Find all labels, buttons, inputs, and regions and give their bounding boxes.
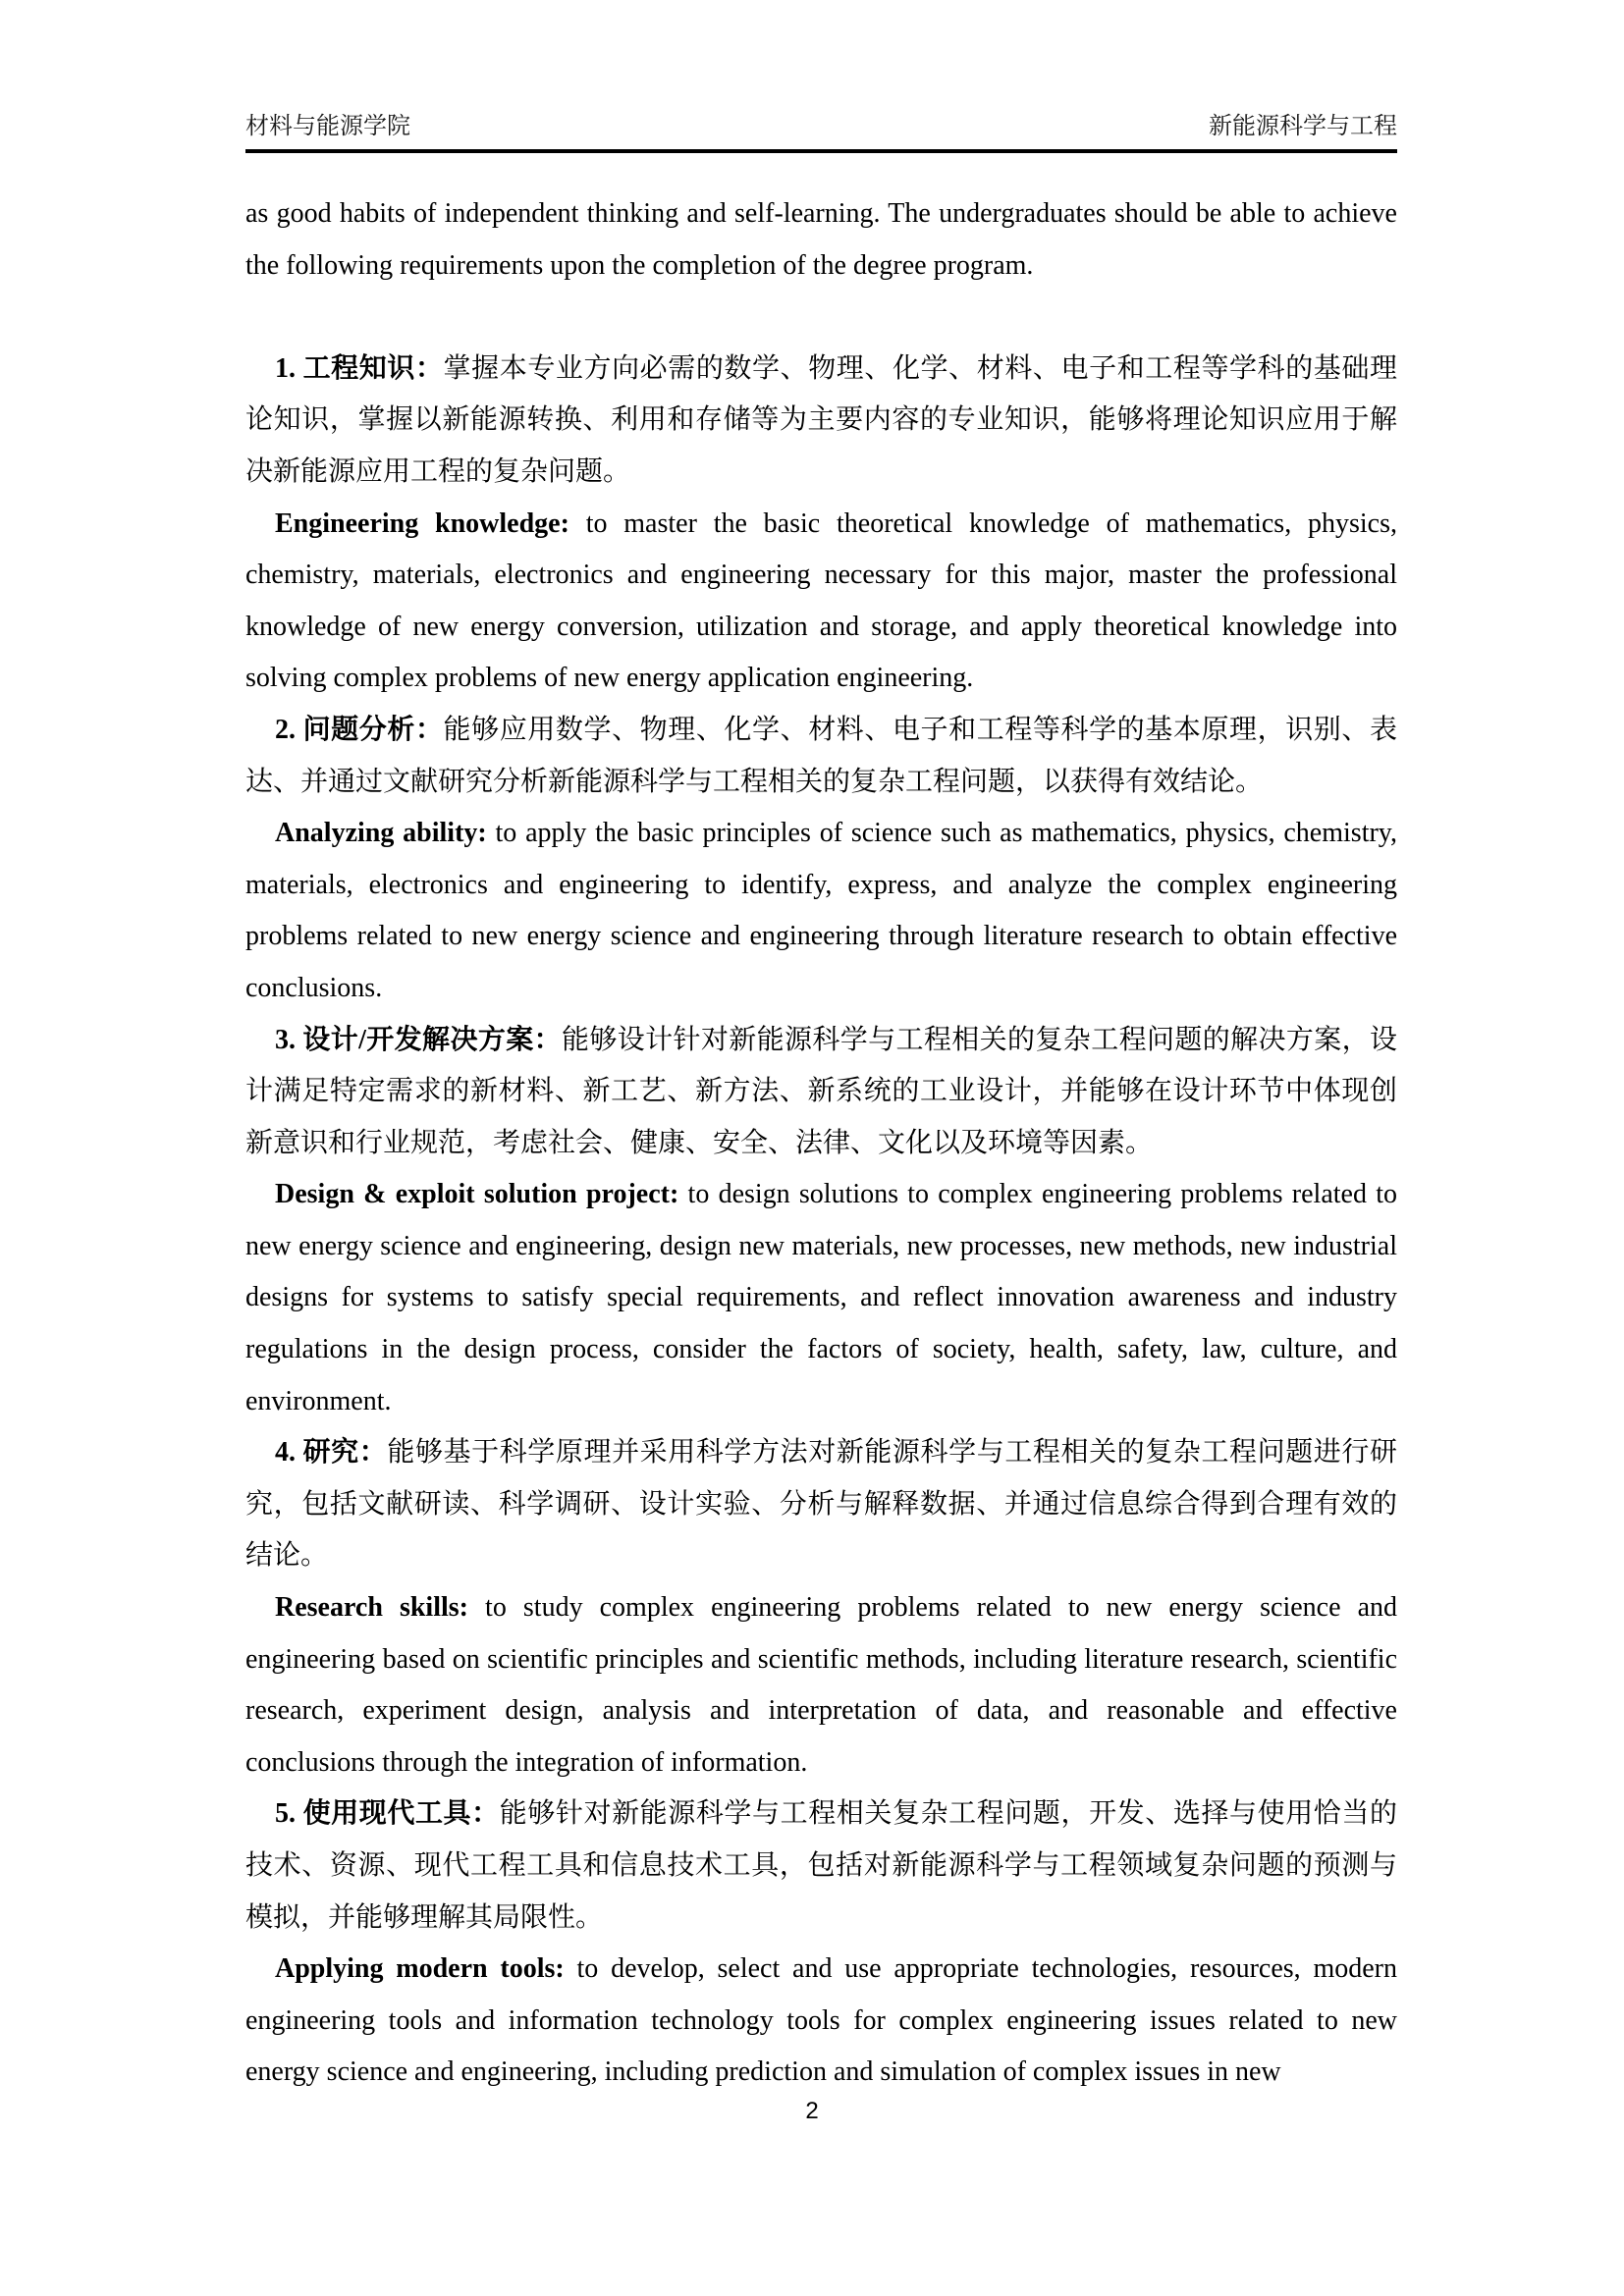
item-4-en-paragraph: Research skills: to study complex engine… xyxy=(245,1582,1397,1789)
page-number: 2 xyxy=(0,2097,1624,2126)
item-5-en-paragraph: Applying modern tools: to develop, selec… xyxy=(245,1944,1397,2099)
item-3-en-lead: Design & exploit solution project: xyxy=(275,1179,678,1209)
header-left-title: 材料与能源学院 xyxy=(245,110,410,143)
intro-paragraph: as good habits of independent thinking a… xyxy=(245,188,1397,292)
item-3-en-paragraph: Design & exploit solution project: to de… xyxy=(245,1169,1397,1427)
item-2-zh-lead: 2. 问题分析： xyxy=(275,715,444,745)
item-5-zh-paragraph: 5. 使用现代工具：能够针对新能源科学与工程相关复杂工程问题，开发、选择与使用恰… xyxy=(245,1789,1397,1944)
item-5-en-lead: Applying modern tools: xyxy=(275,1953,565,1984)
item-2-en-lead: Analyzing ability: xyxy=(275,818,487,848)
item-3-en-text: to design solutions to complex engineeri… xyxy=(245,1179,1397,1415)
item-2-zh-paragraph: 2. 问题分析：能够应用数学、物理、化学、材料、电子和工程等科学的基本原理，识别… xyxy=(245,705,1397,808)
item-1-zh-lead: 1. 工程知识： xyxy=(275,353,444,384)
document-page: 材料与能源学院 新能源科学与工程 as good habits of indep… xyxy=(0,0,1624,2296)
document-body: as good habits of independent thinking a… xyxy=(245,188,1397,2099)
item-4-zh-paragraph: 4. 研究：能够基于科学原理并采用科学方法对新能源科学与工程相关的复杂工程问题进… xyxy=(245,1427,1397,1582)
item-5-zh-lead: 5. 使用现代工具： xyxy=(275,1798,500,1829)
item-3-zh-paragraph: 3. 设计/开发解决方案：能够设计针对新能源科学与工程相关的复杂工程问题的解决方… xyxy=(245,1015,1397,1170)
item-4-en-lead: Research skills: xyxy=(275,1592,468,1623)
item-1-zh-paragraph: 1. 工程知识：掌握本专业方向必需的数学、物理、化学、材料、电子和工程等学科的基… xyxy=(245,344,1397,499)
item-4-zh-text: 能够基于科学原理并采用科学方法对新能源科学与工程相关的复杂工程问题进行研究，包括… xyxy=(245,1437,1397,1571)
item-1-en-lead: Engineering knowledge: xyxy=(275,508,569,539)
header-right-title: 新能源科学与工程 xyxy=(1209,110,1397,143)
item-4-zh-lead: 4. 研究： xyxy=(275,1437,387,1468)
item-2-en-paragraph: Analyzing ability: to apply the basic pr… xyxy=(245,808,1397,1014)
page-header: 材料与能源学院 新能源科学与工程 xyxy=(245,110,1397,153)
item-1-en-paragraph: Engineering knowledge: to master the bas… xyxy=(245,499,1397,705)
item-3-zh-lead: 3. 设计/开发解决方案： xyxy=(275,1025,562,1055)
